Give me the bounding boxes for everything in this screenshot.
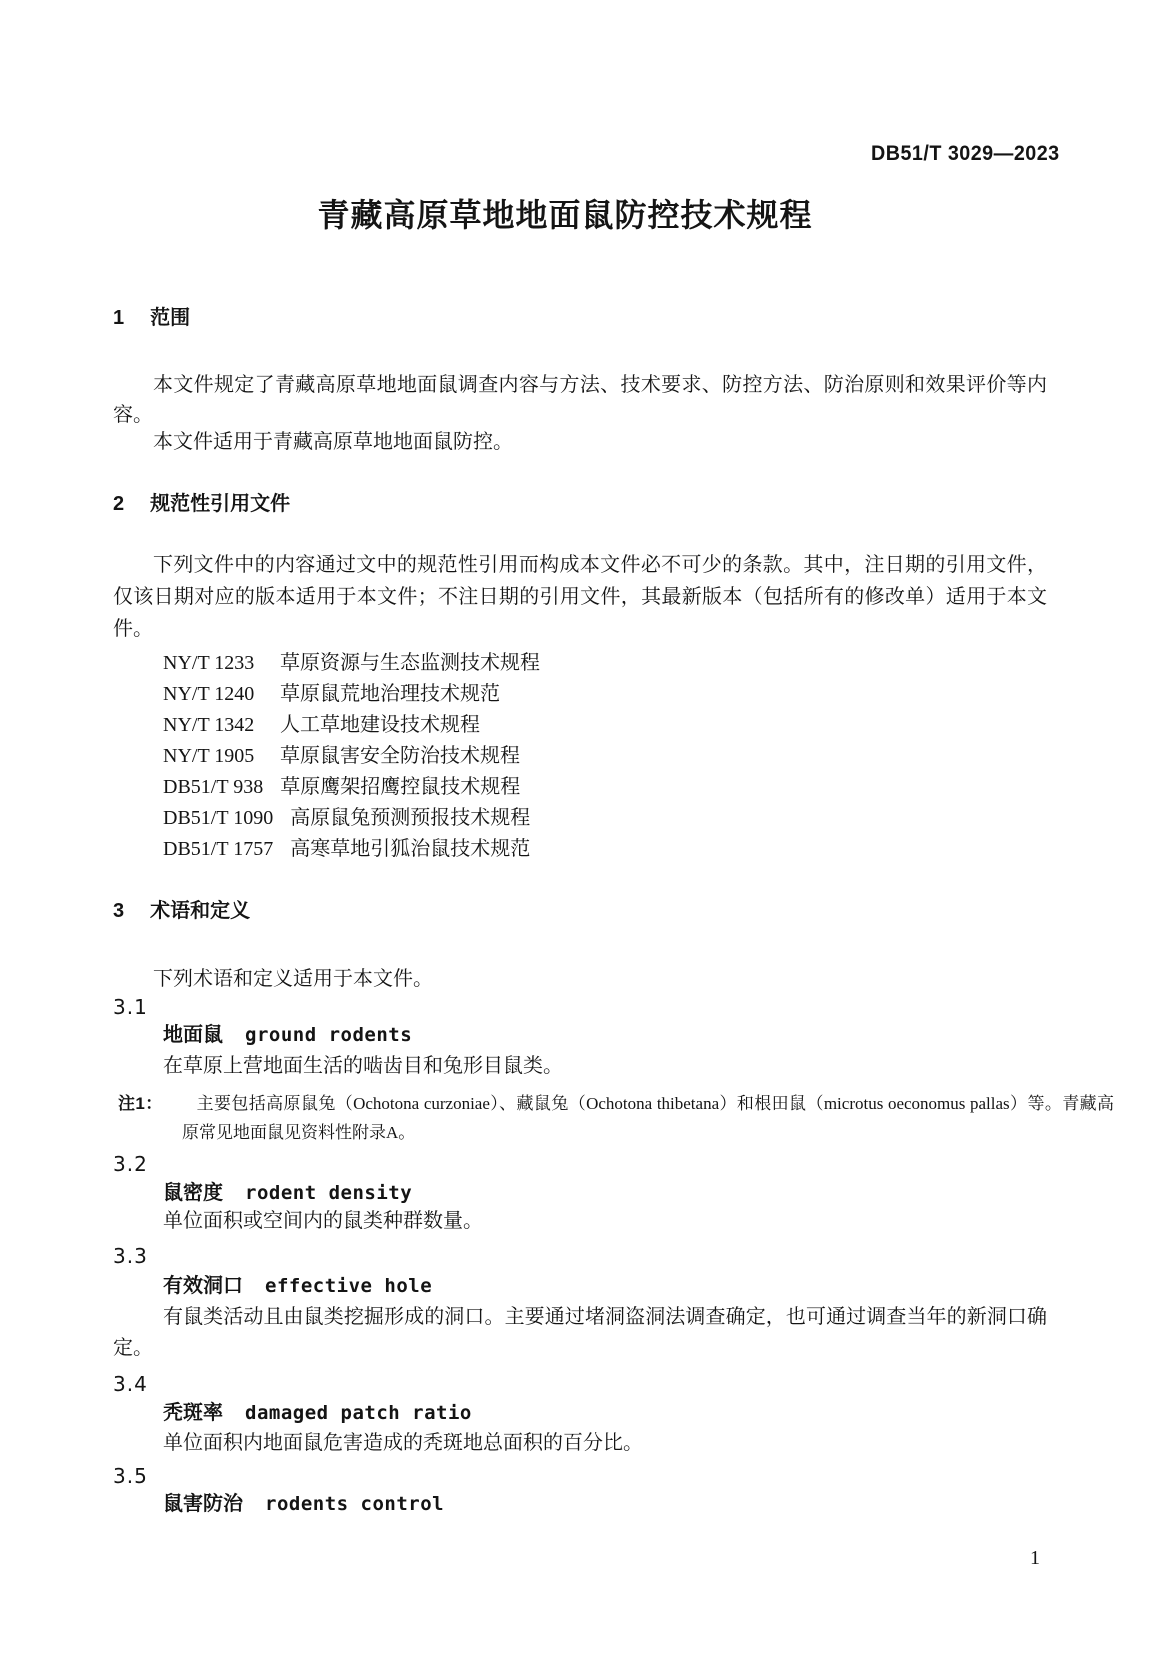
section-2-title: 规范性引用文件 (150, 493, 290, 515)
reference-title: 高原鼠兔预测预报技术规程 (290, 807, 530, 829)
term-name-en: ground rodents (245, 1024, 412, 1046)
section-3-intro: 下列术语和定义适用于本文件。 (113, 964, 1047, 994)
term-note: 注1：主要包括高原鼠兔（Ochotona curzoniae）、藏鼠兔（Ocho… (118, 1089, 1114, 1147)
term-name-en: rodents control (265, 1493, 444, 1515)
section-1-paragraph-2: 本文件适用于青藏高原草地地面鼠防控。 (113, 427, 1047, 457)
section-3-heading: 3术语和定义 (113, 898, 250, 924)
section-1-heading: 1范围 (113, 305, 190, 331)
section-2-number: 2 (113, 491, 124, 517)
term-name-cn: 鼠密度 (163, 1182, 223, 1204)
section-1-title: 范围 (150, 307, 190, 329)
reference-item: NY/T 1233草原资源与生态监测技术规程 (163, 648, 1063, 679)
term-definition: 单位面积或空间内的鼠类种群数量。 (163, 1208, 1047, 1234)
term-entry: 鼠密度rodent density (163, 1180, 412, 1206)
section-3-number: 3 (113, 898, 124, 924)
term-entry: 秃斑率damaged patch ratio (163, 1400, 472, 1426)
term-name-en: damaged patch ratio (245, 1402, 472, 1424)
reference-code: NY/T 1233 (163, 648, 263, 679)
reference-item: DB51/T 938草原鹰架招鹰控鼠技术规程 (163, 772, 1063, 803)
reference-item: NY/T 1342人工草地建设技术规程 (163, 710, 1063, 741)
term-name-cn: 有效洞口 (163, 1275, 243, 1297)
note-text: 主要包括高原鼠兔（Ochotona curzoniae）、藏鼠兔（Ochoton… (182, 1094, 1114, 1142)
term-number: 3.5 (113, 1463, 148, 1489)
term-entry: 鼠害防治rodents control (163, 1491, 444, 1517)
section-1-paragraph-1: 本文件规定了青藏高原草地地面鼠调查内容与方法、技术要求、防控方法、防治原则和效果… (113, 370, 1047, 430)
reference-title: 人工草地建设技术规程 (280, 714, 480, 736)
term-definition: 单位面积内地面鼠危害造成的秃斑地总面积的百分比。 (163, 1430, 1047, 1456)
page-number: 1 (1030, 1545, 1040, 1571)
term-name-cn: 鼠害防治 (163, 1493, 243, 1515)
term-number: 3.2 (113, 1151, 148, 1177)
term-entry: 地面鼠ground rodents (163, 1022, 412, 1048)
reference-code: DB51/T 1090 (163, 803, 273, 834)
section-3-title: 术语和定义 (150, 900, 250, 922)
reference-title: 草原鼠荒地治理技术规范 (280, 683, 500, 705)
reference-code: DB51/T 1757 (163, 834, 273, 865)
normative-references-list: NY/T 1233草原资源与生态监测技术规程 NY/T 1240草原鼠荒地治理技… (163, 648, 1063, 865)
term-number: 3.3 (113, 1243, 148, 1269)
reference-item: DB51/T 1757高寒草地引狐治鼠技术规范 (163, 834, 1063, 865)
note-label: 注1： (118, 1094, 163, 1113)
reference-code: NY/T 1342 (163, 710, 263, 741)
term-number: 3.4 (113, 1371, 148, 1397)
section-2-heading: 2规范性引用文件 (113, 491, 290, 517)
section-2-paragraph-1: 下列文件中的内容通过文中的规范性引用而构成本文件必不可少的条款。其中，注日期的引… (113, 549, 1047, 645)
term-number: 3.1 (113, 994, 148, 1020)
standard-number: DB51/T 3029—2023 (871, 143, 1060, 165)
reference-title: 草原鼠害安全防治技术规程 (280, 745, 520, 767)
reference-title: 草原鹰架招鹰控鼠技术规程 (280, 776, 520, 798)
term-definition: 有鼠类活动且由鼠类挖掘形成的洞口。主要通过堵洞盗洞法调查确定，也可通过调查当年的… (113, 1302, 1047, 1364)
term-name-cn: 地面鼠 (163, 1024, 223, 1046)
reference-title: 高寒草地引狐治鼠技术规范 (290, 838, 530, 860)
term-definition: 在草原上营地面生活的啮齿目和兔形目鼠类。 (163, 1053, 1047, 1079)
term-name-cn: 秃斑率 (163, 1402, 223, 1424)
reference-item: NY/T 1905草原鼠害安全防治技术规程 (163, 741, 1063, 772)
reference-code: NY/T 1240 (163, 679, 263, 710)
reference-item: DB51/T 1090高原鼠兔预测预报技术规程 (163, 803, 1063, 834)
term-entry: 有效洞口effective hole (163, 1273, 432, 1299)
document-page: DB51/T 3029—2023 青藏高原草地地面鼠防控技术规程 1范围 本文件… (0, 0, 1160, 1661)
reference-code: NY/T 1905 (163, 741, 263, 772)
reference-item: NY/T 1240草原鼠荒地治理技术规范 (163, 679, 1063, 710)
document-title: 青藏高原草地地面鼠防控技术规程 (0, 195, 1130, 235)
reference-title: 草原资源与生态监测技术规程 (280, 652, 540, 674)
section-1-number: 1 (113, 305, 124, 331)
term-name-en: rodent density (245, 1182, 412, 1204)
reference-code: DB51/T 938 (163, 772, 263, 803)
term-name-en: effective hole (265, 1275, 432, 1297)
